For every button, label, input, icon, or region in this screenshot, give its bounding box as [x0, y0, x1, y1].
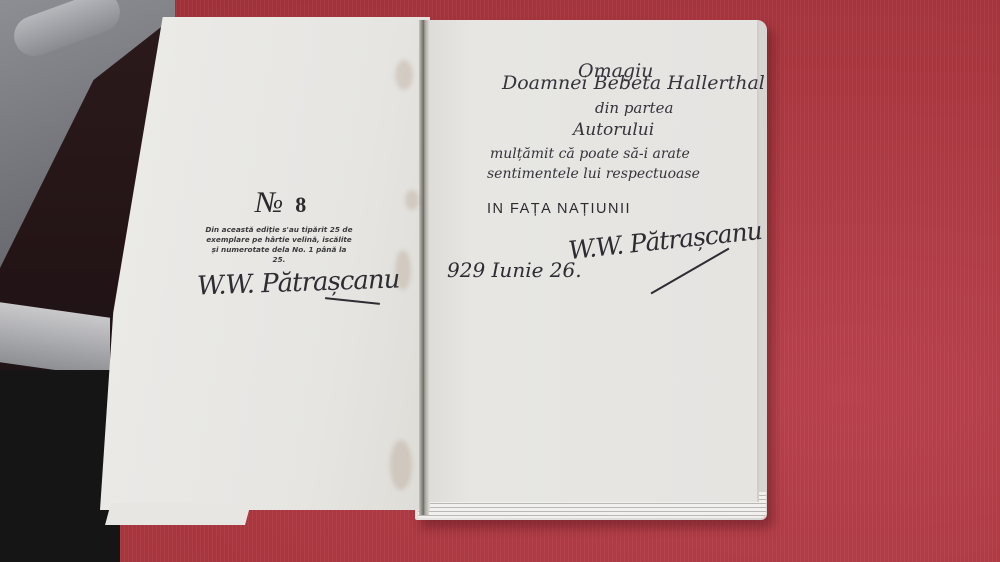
book-gutter	[419, 20, 429, 515]
stain	[390, 440, 412, 490]
dedication-line: mulțămit că poate să-i arate	[490, 146, 690, 162]
dark-floor	[0, 370, 120, 562]
dedication-line: Doamnei Bebeta Hallerthal	[502, 72, 765, 94]
stain	[395, 60, 413, 90]
number-sign: №	[255, 186, 283, 219]
stain	[405, 190, 419, 210]
printed-title: IN FAȚA NAȚIUNII	[487, 201, 631, 217]
handwritten-date: 929 Iunie 26.	[447, 258, 582, 282]
dedication-line: Autorului	[573, 120, 654, 140]
dedication-line: sentimentele lui respectuoase	[487, 166, 700, 182]
copy-number: №8	[255, 186, 306, 220]
torn-page-edge	[105, 503, 251, 525]
dedication-line: din partea	[595, 99, 673, 117]
copy-number-value: 8	[295, 192, 306, 217]
edition-note: Din această ediție s'au tipărit 25 de ex…	[204, 225, 354, 265]
